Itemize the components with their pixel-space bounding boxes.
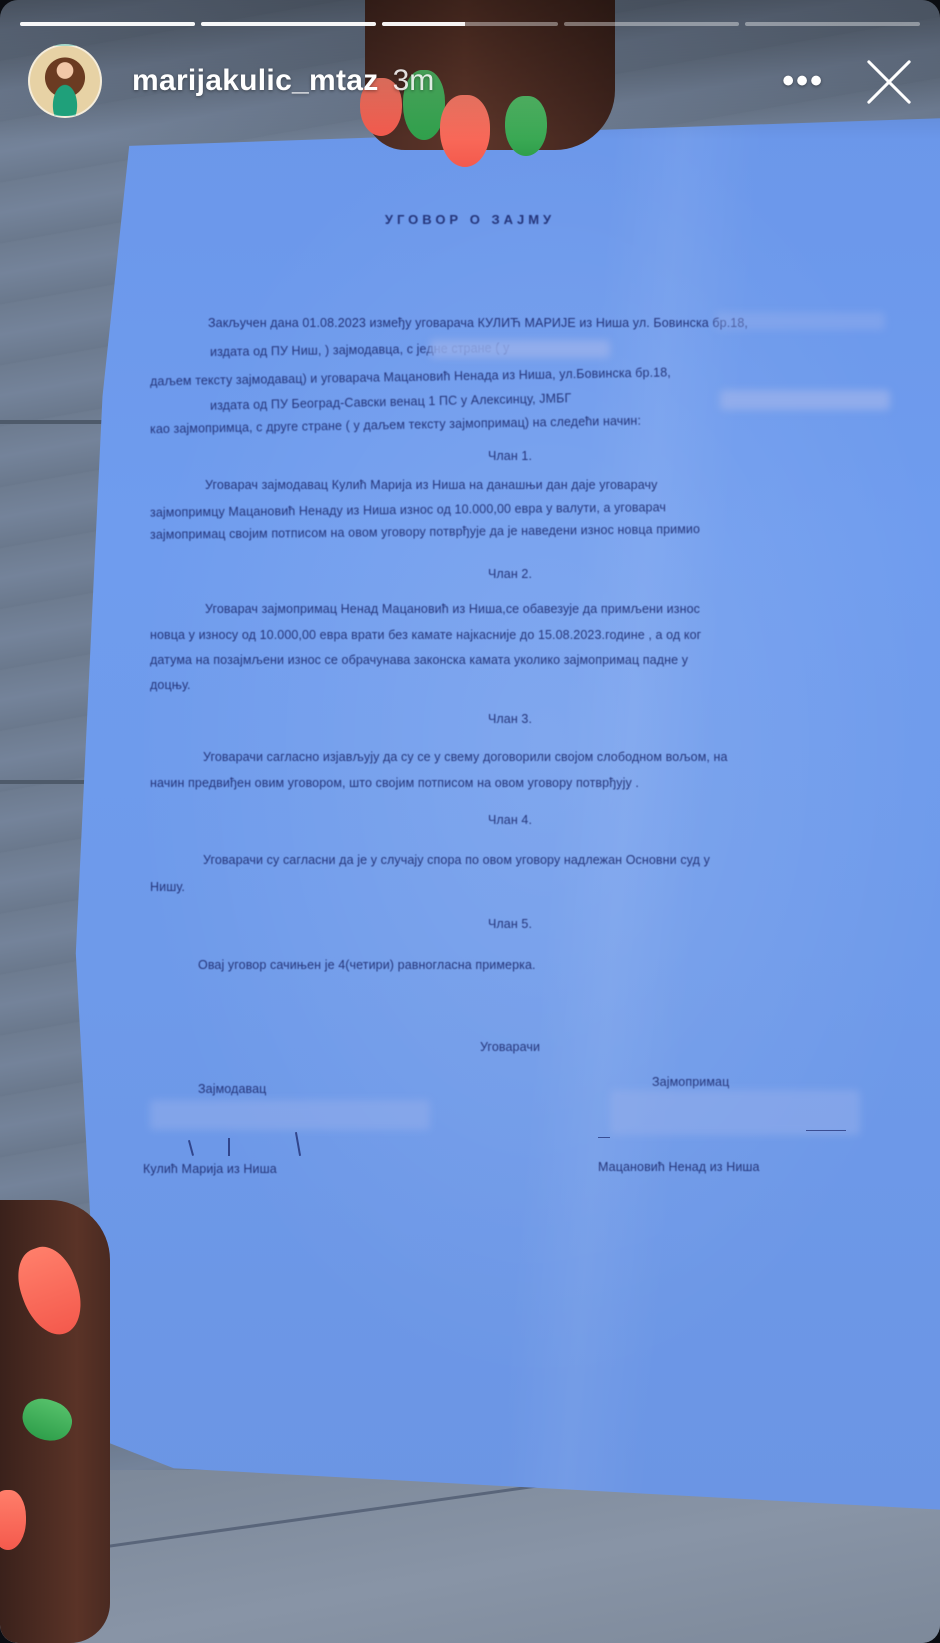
borrower-name: Мацановић Ненад из Ниша	[598, 1160, 760, 1174]
story-segment	[564, 22, 739, 26]
avatar[interactable]	[28, 44, 102, 118]
redacted-id	[430, 340, 610, 358]
preamble-line: као зајмопримца, с друге стране ( у даље…	[150, 414, 641, 437]
borrower-label: Зајмопримац	[652, 1075, 729, 1089]
article-line: Уговарачи су сагласни да је у случају сп…	[203, 853, 710, 867]
redacted-address	[715, 312, 885, 330]
story-segment	[745, 22, 920, 26]
story-progress-bar	[20, 22, 920, 26]
story-segment	[20, 22, 195, 26]
article-line: начин предвиђен овим уговором, што своји…	[150, 776, 639, 790]
more-horizontal-icon[interactable]: •••	[782, 64, 824, 98]
article-line: Уговарачи сагласно изјављују да су се у …	[203, 750, 728, 764]
article-heading: Члан 1.	[130, 449, 890, 463]
article-line: Овај уговор сачињен је 4(четири) равногл…	[198, 958, 536, 972]
article-line: Уговарач зајмодавац Кулић Марија из Ниша…	[205, 478, 657, 492]
redacted-signature	[150, 1100, 430, 1130]
article-heading: Члан 5.	[130, 917, 890, 931]
redacted-id	[720, 390, 890, 410]
article-heading: Члан 4.	[130, 813, 890, 827]
document-title: УГОВОР О ЗАЈМУ	[0, 212, 940, 227]
article-line: зајмопримац својим потписом на овом угов…	[150, 522, 700, 542]
story-segment	[201, 22, 376, 26]
story-viewer[interactable]: УГОВОР О ЗАЈМУ Закључен дана 01.08.2023 …	[0, 0, 940, 1643]
article-line: доцњу.	[150, 678, 191, 692]
story-segment	[382, 22, 557, 26]
article-line: Уговарач зајмопримац Ненад Мацановић из …	[205, 602, 700, 616]
article-line: датума на позајмљени износ се обрачунава…	[150, 653, 688, 667]
post-time: 3m	[393, 64, 435, 98]
redacted-signature	[610, 1090, 860, 1135]
close-icon[interactable]	[866, 58, 912, 104]
preamble-line: даљем тексту зајмодавац) и уговарача Мац…	[150, 365, 671, 388]
preamble-line: издата од ПУ Београд-Савски венац 1 ПС у…	[210, 391, 572, 413]
username-link[interactable]: marijakulic_mtaz	[132, 64, 379, 98]
article-heading: Члан 2.	[130, 567, 890, 581]
article-line: Нишу.	[150, 880, 185, 894]
signatures-heading: Уговарачи	[130, 1040, 890, 1054]
article-line: зајмопримцу Мацановић Ненаду из Ниша изн…	[150, 500, 666, 519]
lender-label: Зајмодавац	[198, 1082, 266, 1096]
story-header: marijakulic_mtaz 3m •••	[28, 45, 912, 117]
hand-left	[0, 1200, 110, 1643]
loan-contract-document: УГОВОР О ЗАЈМУ Закључен дана 01.08.2023 …	[0, 0, 940, 1643]
preamble-line: Закључен дана 01.08.2023 између уговарач…	[208, 316, 748, 330]
lender-name: Кулић Марија из Ниша	[143, 1162, 277, 1176]
article-heading: Члан 3.	[130, 712, 890, 726]
article-line: новца у износу од 10.000,00 евра врати б…	[150, 628, 701, 642]
